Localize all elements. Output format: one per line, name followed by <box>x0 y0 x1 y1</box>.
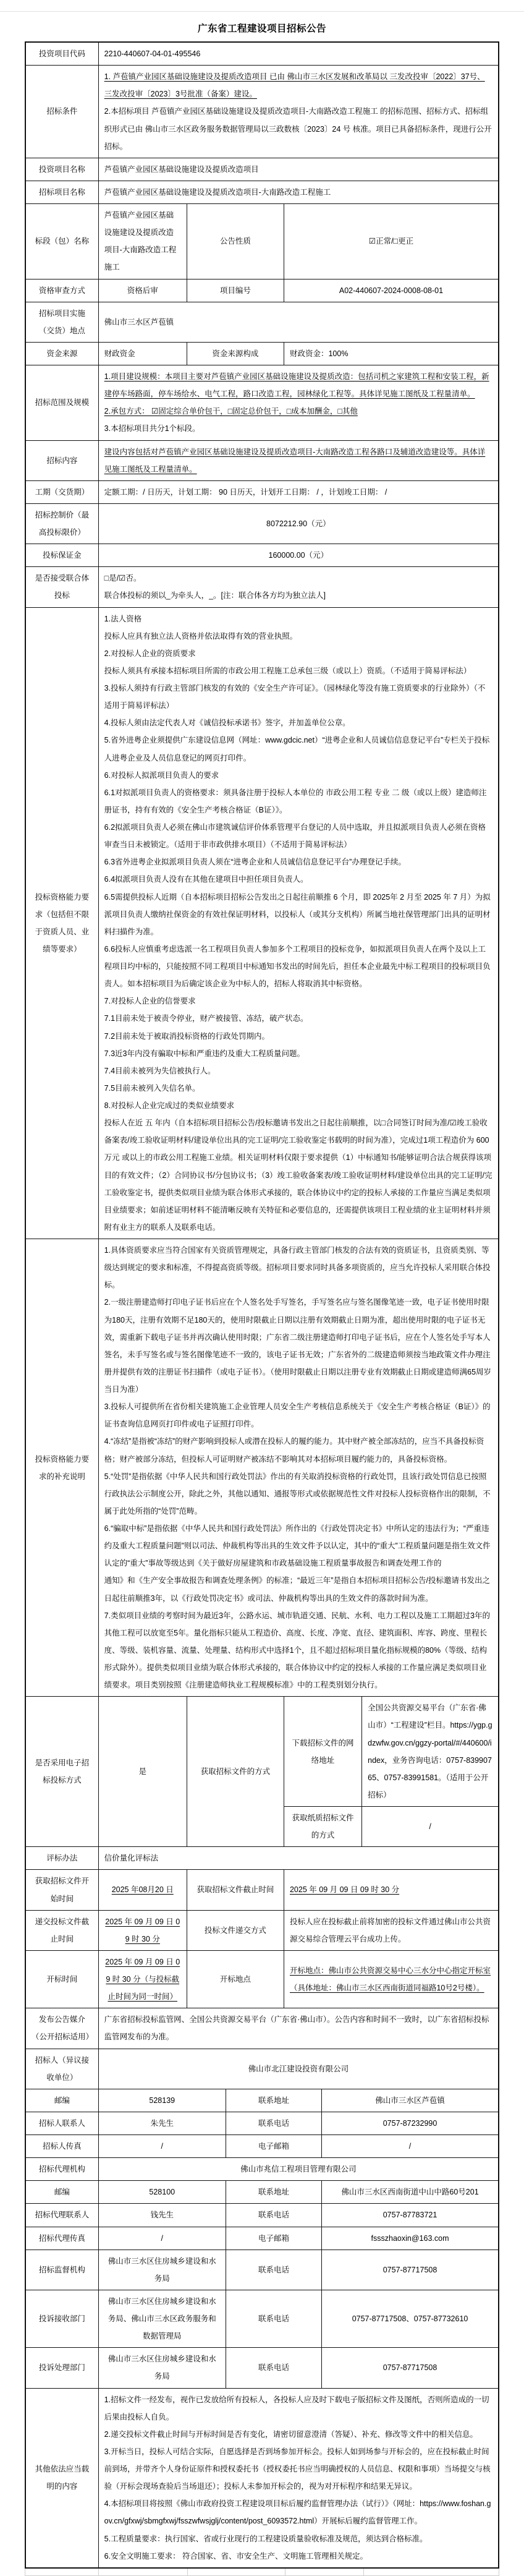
agency-email-value: fssszhaoxin@163.com <box>322 2227 499 2250</box>
table-row: 招标人联系人 朱先生 联系电话 0757-87232990 <box>25 2112 499 2135</box>
delivery-place-value: 佛山市三水区芦苞镇 <box>98 302 499 342</box>
tenderer-email-label: 电子邮箱 <box>226 2135 321 2158</box>
paragraph: 4.投标人须由法定代表人对《诚信投标承诺书》签字，并加盖单位公章。 <box>104 714 492 731</box>
paragraph: 联合体投标的须以_为牵头人，_。[注：联合体各方均为独立法人] <box>104 587 492 604</box>
paragraph: 1.招标文件一经发布，视作已发放给所有投标人，各投标人应及时下载电子版招标文件及… <box>104 2391 492 2426</box>
page-title: 广东省工程建设项目招标公告 <box>0 21 524 35</box>
get-end-time-value: 2025 年 09 月 09 日 09 时 30 分 <box>284 1870 499 1910</box>
row-label: 开标时间 <box>25 1950 98 2008</box>
row-label: 评标办法 <box>25 1847 98 1870</box>
table-row: 招标控制价（最高投标限价） 8072212.90（元） <box>25 503 499 544</box>
table-row: 投标资格能力要求（包括但不限于资质人员、业绩等要求） 1.法人资格 投标人应具有… <box>25 607 499 1239</box>
paragraph: 5.“处罚”是指依据《中华人民共和国行政处罚法》作出的有关取消投标资格的行政处罚… <box>104 1468 492 1520</box>
paragraph: 2.一级注册建造师打印电子证书后应在个人签名处手写签名，手写签名应与签名图像笔迹… <box>104 1294 492 1398</box>
agency-name: 佛山市兆信工程项目管理有限公司 <box>98 2158 499 2181</box>
row-label: 邮编 <box>25 2089 98 2112</box>
agency-phone-value: 0757-87783721 <box>322 2204 499 2227</box>
paragraph: 6.2拟派项目负责人必须在佛山市建筑诚信评价体系管理平台登记的人员中选取，并且拟… <box>104 819 492 853</box>
section-name-value: 芦苞镇产业园区基础设施建设及提质改造项目-大南路改造工程施工 <box>98 204 187 279</box>
tenderer-zip-value: 528139 <box>98 2089 226 2112</box>
announcement-table: 投资项目代码 2210-440607-04-01-495546 招标条件 1. … <box>25 41 499 2569</box>
row-label: 招标项目实施（交货）地点 <box>25 302 98 342</box>
table-row: 投标资格能力要求的补充说明 1.具体资质要求应当符合国家有关资质管理规定，具备行… <box>25 1239 499 1697</box>
paragraph: 4.“冻结”是指被“冻结”的财产影响到投标人或潜在投标人的履约能力。其中财产被全… <box>104 1433 492 1467</box>
row-label: 获取招标文件开始时间 <box>25 1870 98 1910</box>
footer-cell <box>364 2569 499 2576</box>
paragraph: 投标人须具有承接本招标项目所需的市政公用工程施工总承包三级（或以上）资质。（不适… <box>104 662 492 680</box>
complaint-receiver-phone-label: 联系电话 <box>226 2290 321 2347</box>
qualification-review-value: 资格后审 <box>98 279 187 302</box>
get-document-method-label: 获取招标文件的方式 <box>187 1697 284 1847</box>
agency-address-label: 联系地址 <box>226 2181 321 2204</box>
row-label: 招标人联系人 <box>25 2112 98 2135</box>
paragraph: 6.1对拟派项目负责人的资格要求：须具备注册于投标人本单位的 市政公用工程 专业… <box>104 784 492 819</box>
paragraph: 7.5目前未被列入失信名单。 <box>104 1080 492 1097</box>
paragraph: 投标人应具有独立法人资格并依法取得有效的营业执照。 <box>104 628 492 645</box>
table-row: 招标代理传真 / 电子邮箱 fssszhaoxin@163.com <box>25 2227 499 2250</box>
evaluation-method-value: 信价量化评标法 <box>98 1847 499 1870</box>
paragraph: 7.2目前未处于被取消投标资格的行政处罚期内。 <box>104 1028 492 1045</box>
paragraph: 1.法人资格 <box>104 610 492 628</box>
paragraph: 6.3省外进粤企业拟派项目负责人须在“进粤企业和人员诚信信息登记平台”办理登记手… <box>104 853 492 871</box>
table-row: 是否采用电子招标投标方式 是 获取招标文件的方式 下载招标文件的网络地址 全国公… <box>25 1697 499 1807</box>
qualification-notes-content: 1.具体资质要求应当符合国家有关资质管理规定，具备行政主管部门核发的合法有效的资… <box>98 1239 499 1697</box>
row-label: 招标人（异议接收单位） <box>25 2049 98 2089</box>
submit-method-value: 投标人应在投标截止前将加密的投标文件通过佛山市公共资源交易综合管理云平台成功上传… <box>284 1910 499 1950</box>
row-label: 发布公告媒介（公开招标适用） <box>25 2008 98 2049</box>
submit-deadline-value: 2025 年 09 月 09 日 09 时 30 分 <box>98 1910 187 1950</box>
fund-source-value: 财政资金 <box>98 342 187 365</box>
top-divider <box>0 0 524 12</box>
bid-project-name: 芦苞镇产业园区基础设施建设及提质改造项目-大南路改造工程施工 <box>98 181 499 203</box>
paragraph: 2.递交投标文件截止时间与开标时间是否有变化，请密切留意澄清（答疑）、补充、修改… <box>104 2426 492 2443</box>
table-row: 递交投标文件截止时间 2025 年 09 月 09 日 09 时 30 分 投标… <box>25 1910 499 1950</box>
paragraph: 通知》和《生产安全事故报告和调查处理条例》的标准；“最近三年”是指自本招标项目招… <box>104 1572 492 1606</box>
duration-value: 定额工期：/ 日历天，计划工期： 90 日历天，计划开工日期： / ，计划竣工日… <box>98 480 499 503</box>
footer-cell <box>188 2569 285 2576</box>
complaint-handler-phone-value: 0757-87717508 <box>322 2348 499 2388</box>
qualification-requirements-content: 1.法人资格 投标人应具有独立法人资格并依法取得有效的营业执照。 2.对投标人企… <box>98 607 499 1239</box>
row-label: 招标代理机构 <box>25 2158 98 2181</box>
paragraph: 1.项目建设规模：本项目主要对芦苞镇产业园区基础设施建设及提质改造：包括司机之家… <box>104 368 492 403</box>
table-row: 招标条件 1. 芦苞镇产业园区基础设施建设及提质改造项目 已由 佛山市三水区发展… <box>25 66 499 158</box>
table-row: 招标代理联系人 钱先生 联系电话 0757-87783721 <box>25 2204 499 2227</box>
paragraph: 6.5需提供投标人近期（自本招标项目招标公告发出之日起往前顺推 6 个月，即 2… <box>104 889 492 940</box>
table-row: 发布公告媒介（公开招标适用） 广东省招标投标监管网、全国公共资源交易平台（广东省… <box>25 2008 499 2049</box>
table-row: 招标项目实施（交货）地点 佛山市三水区芦苞镇 <box>25 302 499 342</box>
table-row: 招标项目名称 芦苞镇产业园区基础设施建设及提质改造项目-大南路改造工程施工 <box>25 181 499 203</box>
get-end-time-label: 获取招标文件截止时间 <box>187 1870 284 1910</box>
footer-cell <box>99 2569 188 2576</box>
paragraph: 6.“骗取中标”是指依据《中华人民共和国行政处罚法》所作出的《行政处罚决定书》中… <box>104 1520 492 1572</box>
paragraph: 6.安全文明施工要求： 符合国家、省、市安全生产、文明施工管理相关规定。 <box>104 2548 492 2565</box>
row-label: 其他依法应当载明的内容 <box>25 2388 98 2568</box>
row-label: 招标代理联系人 <box>25 2204 98 2227</box>
paragraph: 2.本招标项目 芦苞镇产业园区基础设施建设及提质改造项目-大南路改造工程施工 的… <box>104 103 492 155</box>
paragraph: 7.1目前未处于被责令停业，财产被接管、冻结，破产状态。 <box>104 1010 492 1027</box>
table-row: 资金来源 财政资金 资金来源构成 财政资金：100% <box>25 342 499 365</box>
paragraph: 2.对投标人企业的资质要求 <box>104 645 492 662</box>
scope-content: 1.项目建设规模：本项目主要对芦苞镇产业园区基础设施建设及提质改造：包括司机之家… <box>98 365 499 441</box>
table-row: 工期（交货期） 定额工期：/ 日历天，计划工期： 90 日历天，计划开工日期： … <box>25 480 499 503</box>
row-label: 招标范围及规模 <box>25 365 98 441</box>
paragraph: 8.对投标人企业完成过的类似业绩要求 <box>104 1097 492 1114</box>
tenderer-phone-label: 联系电话 <box>226 2112 321 2135</box>
control-price-value: 8072212.90（元） <box>98 503 499 544</box>
table-row: 招标人（异议接收单位） 佛山市北江建设投资有限公司 <box>25 2049 499 2089</box>
agency-phone-label: 联系电话 <box>226 2204 321 2227</box>
table-row: 标段（包）名称 芦苞镇产业园区基础设施建设及提质改造项目-大南路改造工程施工 公… <box>25 204 499 279</box>
complaint-handler-phone-label: 联系电话 <box>226 2348 321 2388</box>
paper-document-method-value: / <box>362 1807 499 1847</box>
paragraph: □是/☑否。 <box>104 569 492 587</box>
table-row: 开标时间 2025 年 09 月 09 日 09 时 30 分（与投标截止时间为… <box>25 1950 499 2008</box>
paragraph: 3.投标人可提供所在省份相关建筑施工企业管理人员安全生产考核信息系统关于《安全生… <box>104 1398 492 1433</box>
table-row: 招标内容 建设内容包括对芦苞镇产业园区基础设施建设及提质改造项目-大南路改造工程… <box>25 440 499 480</box>
row-label: 投诉处理部门 <box>25 2348 98 2388</box>
paragraph: 1. 芦苞镇产业园区基础设施建设及提质改造项目 已由 佛山市三水区发展和改革局以… <box>104 68 492 103</box>
fund-composition-value: 财政资金：100% <box>284 342 499 365</box>
paragraph: 6.6投标人应慎重考虑选派一名工程项目负责人参加多个工程项目的投标竞争，如拟派项… <box>104 940 492 992</box>
notice-nature-value: ☑正常/□更正 <box>284 204 499 279</box>
row-label: 招标人传真 <box>25 2135 98 2158</box>
tenderer-email-value: / <box>322 2135 499 2158</box>
row-label: 邮编 <box>25 2181 98 2204</box>
notice-nature-label: 公告性质 <box>187 204 284 279</box>
table-row: 投诉处理部门 佛山市三水区住房城乡建设和水务局 联系电话 0757-877175… <box>25 2348 499 2388</box>
paragraph: 5.省外进粤企业须提供广东建设信息网（网址：www.gdcic.net）“进粤企… <box>104 731 492 766</box>
table-row: 资格审查方式 资格后审 项目编号 A02-440607-2024-0008-08… <box>25 279 499 302</box>
tenderer-address-value: 佛山市三水区芦苞镇 <box>322 2089 499 2112</box>
investment-code-value: 2210-440607-04-01-495546 <box>98 42 499 66</box>
ebid-value: 是 <box>98 1697 187 1847</box>
row-label: 投诉接收部门 <box>25 2290 98 2347</box>
table-row: 投资项目代码 2210-440607-04-01-495546 <box>25 42 499 66</box>
row-label: 是否接受联合体投标 <box>25 567 98 607</box>
table-row: 投标保证金 160000.00（元） <box>25 544 499 567</box>
other-content: 1.招标文件一经发布，视作已发放给所有投标人，各投标人应及时下载电子版招标文件及… <box>98 2388 499 2568</box>
bid-conditions-content: 1. 芦苞镇产业园区基础设施建设及提质改造项目 已由 佛山市三水区发展和改革局以… <box>98 66 499 158</box>
tenderer-phone-value: 0757-87232990 <box>322 2112 499 2135</box>
table-row: 招标监督机构 佛山市三水区住房城乡建设和水务局 联系电话 0757-877175… <box>25 2250 499 2290</box>
paragraph: 4.本招标项目将按照《佛山市政府投资工程建设项目标后履约监督管理办法（试行）》（… <box>104 2495 492 2530</box>
agency-fax-value: / <box>98 2227 226 2250</box>
paragraph: 3.本招标项目共分1个标段。 <box>104 420 492 437</box>
table-row: 招标人传真 / 电子邮箱 / <box>25 2135 499 2158</box>
row-label: 标段（包）名称 <box>25 204 98 279</box>
table-footer-strip <box>25 2569 499 2576</box>
bid-deposit-value: 160000.00（元） <box>98 544 499 567</box>
supervisor-name: 佛山市三水区住房城乡建设和水务局 <box>98 2250 226 2290</box>
tenderer-address-label: 联系地址 <box>226 2089 321 2112</box>
footer-cell <box>285 2569 364 2576</box>
paragraph: 2.承包方式： ☑固定综合单价包干，□固定总价包干，□成本加酬金，□其他 <box>104 403 492 420</box>
paragraph: 5.工程质量要求：执行国家、省或行业现行的工程建设质量验收标准及规范，须达到合格… <box>104 2530 492 2548</box>
paragraph: 3.投标人须持有行政主管部门核发的有效的《安全生产许可证》。（园林绿化等没有施工… <box>104 680 492 714</box>
footer-cell <box>25 2569 99 2576</box>
complaint-receiver-phone-value: 0757-87717508、0757-87732610 <box>322 2290 499 2347</box>
agency-contact-value: 钱先生 <box>98 2204 226 2227</box>
table-row: 招标代理机构 佛山市兆信工程项目管理有限公司 <box>25 2158 499 2181</box>
download-address-label: 下载招标文件的网络地址 <box>284 1697 361 1807</box>
supervisor-phone-label: 联系电话 <box>226 2250 321 2290</box>
paper-document-method-label: 获取纸质招标文件的方式 <box>284 1807 361 1847</box>
paragraph: 7.对投标人企业的信誉要求 <box>104 992 492 1010</box>
paragraph: 6.对投标人拟派项目负责人的要求 <box>104 767 492 784</box>
download-address-value: 全国公共资源交易平台（广东省·佛山市）“工程建设”栏目。https://ygp.… <box>362 1697 499 1807</box>
investment-project-name: 芦苞镇产业园区基础设施建设及提质改造项目 <box>98 158 499 181</box>
bid-content-value: 建设内容包括对芦苞镇产业园区基础设施建设及提质改造项目-大南路改造工程各路口及辅… <box>98 440 499 480</box>
open-place-label: 开标地点 <box>187 1950 284 2008</box>
paragraph: 1.具体资质要求应当符合国家有关资质管理规定，具备行政主管部门核发的合法有效的资… <box>104 1242 492 1294</box>
table-row: 其他依法应当载明的内容 1.招标文件一经发布，视作已发放给所有投标人，各投标人应… <box>25 2388 499 2568</box>
row-label: 投资项目名称 <box>25 158 98 181</box>
table-row: 招标范围及规模 1.项目建设规模：本项目主要对芦苞镇产业园区基础设施建设及提质改… <box>25 365 499 441</box>
row-label: 递交投标文件截止时间 <box>25 1910 98 1950</box>
paragraph: 3.开标当日，投标人可结合实际，自愿选择是否到场参加开标会。投标人如到场参与开标… <box>104 2443 492 2495</box>
submit-method-label: 投标文件递交方式 <box>187 1910 284 1950</box>
announcement-media-value: 广东省招标投标监管网、全国公共资源交易平台（广东省·佛山市）。公告内容和时间不一… <box>98 2008 499 2049</box>
complaint-handler-name: 佛山市三水区住房城乡建设和水务局 <box>98 2348 226 2388</box>
project-number-label: 项目编号 <box>187 279 284 302</box>
row-label: 招标项目名称 <box>25 181 98 203</box>
agency-email-label: 电子邮箱 <box>226 2227 321 2250</box>
agency-address-value: 佛山市三水区西南街道中山中路60号201 <box>322 2181 499 2204</box>
table-row: 是否接受联合体投标 □是/☑否。 联合体投标的须以_为牵头人，_。[注：联合体各… <box>25 567 499 607</box>
row-label: 资格审查方式 <box>25 279 98 302</box>
tenderer-name: 佛山市北江建设投资有限公司 <box>98 2049 499 2089</box>
row-label: 工期（交货期） <box>25 480 98 503</box>
row-label: 招标监督机构 <box>25 2250 98 2290</box>
footer-row <box>25 2569 499 2576</box>
row-label: 招标内容 <box>25 440 98 480</box>
row-label: 招标条件 <box>25 66 98 158</box>
paragraph: 7.4目前未被列为失信被执行人。 <box>104 1062 492 1080</box>
row-label: 招标代理传真 <box>25 2227 98 2250</box>
agency-zip-value: 528100 <box>98 2181 226 2204</box>
table-row: 评标办法 信价量化评标法 <box>25 1847 499 1870</box>
paragraph: 7.类似项目业绩的考察时间为最近3年，公路水运、城市轨道交通、民航、水利、电力工… <box>104 1607 492 1694</box>
table-row: 投诉接收部门 佛山市三水区住房城乡建设和水务局、佛山市三水区政务服务和数据管理局… <box>25 2290 499 2347</box>
paragraph: 投标人在近 五 年内（自本招标项目招标公告/投标邀请书发出之日起往前顺推，以□合… <box>104 1114 492 1236</box>
open-time-value: 2025 年 09 月 09 日 09 时 30 分（与投标截止时间为同一时间） <box>98 1950 187 2008</box>
row-label: 招标控制价（最高投标限价） <box>25 503 98 544</box>
project-number-value: A02-440607-2024-0008-08-01 <box>284 279 499 302</box>
open-place-value: 开标地点：佛山市公共资源交易中心三水分中心指定开标室（具体地址：佛山市三水区西南… <box>284 1950 499 2008</box>
fund-composition-label: 资金来源构成 <box>187 342 284 365</box>
row-label: 投标资格能力要求（包括但不限于资质人员、业绩等要求） <box>25 607 98 1239</box>
table-row: 邮编 528139 联系地址 佛山市三水区芦苞镇 <box>25 2089 499 2112</box>
row-label: 资金来源 <box>25 342 98 365</box>
supervisor-phone-value: 0757-87717508 <box>322 2250 499 2290</box>
consortium-content: □是/☑否。 联合体投标的须以_为牵头人，_。[注：联合体各方均为独立法人] <box>98 567 499 607</box>
tenderer-contact-value: 朱先生 <box>98 2112 226 2135</box>
paragraph: 6.4拟派项目负责人没有在其他在建项目中担任项目负责人。 <box>104 871 492 888</box>
row-label: 投资项目代码 <box>25 42 98 66</box>
row-label: 是否采用电子招标投标方式 <box>25 1697 98 1847</box>
table-row: 获取招标文件开始时间 2025 年08月20 日 获取招标文件截止时间 2025… <box>25 1870 499 1910</box>
get-start-time-value: 2025 年08月20 日 <box>98 1870 187 1910</box>
row-label: 投标资格能力要求的补充说明 <box>25 1239 98 1697</box>
table-row: 邮编 528100 联系地址 佛山市三水区西南街道中山中路60号201 <box>25 2181 499 2204</box>
paragraph: 7.3近3年内没有骗取中标和严重违约及重大工程质量问题。 <box>104 1045 492 1062</box>
complaint-receiver-name: 佛山市三水区住房城乡建设和水务局、佛山市三水区政务服务和数据管理局 <box>98 2290 226 2347</box>
row-label: 投标保证金 <box>25 544 98 567</box>
tenderer-fax-value: / <box>98 2135 226 2158</box>
table-row: 投资项目名称 芦苞镇产业园区基础设施建设及提质改造项目 <box>25 158 499 181</box>
